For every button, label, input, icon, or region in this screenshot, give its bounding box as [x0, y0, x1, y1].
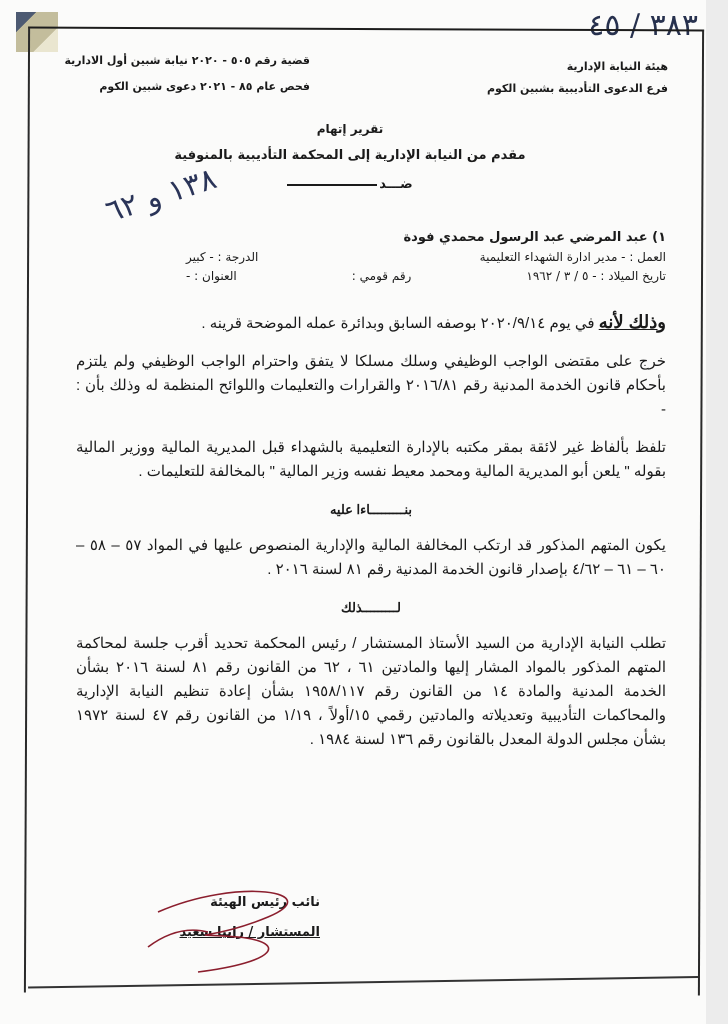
issuing-authority-header: هيئة النيابة الإدارية فرع الدعوى التأديب…: [487, 56, 668, 100]
section-heading-therefore: بنـــــــــاءا عليه: [76, 498, 666, 522]
against-underline: [287, 184, 377, 186]
incident-paragraph: تلفظ بألفاظ غير لائقة بمقر مكتبه بالإدار…: [76, 436, 666, 484]
accused-birthdate: تاريخ الميلاد : - ٥ / ٣ / ١٩٦٢: [526, 267, 666, 286]
scan-margin: [706, 0, 728, 1024]
accused-address: العنوان : -: [186, 267, 237, 286]
accused-name: ١) عبد المرضي عبد الرسول محمدي فودة: [186, 228, 666, 248]
document-subtitle: مقدم من النيابة الإدارية إلى المحكمة الت…: [140, 148, 560, 163]
signatory-name: المستشار / رانيا سعيد: [140, 918, 320, 948]
scanned-page: ٣٨٣ / ٤٥ هيئة النيابة الإدارية فرع الدعو…: [0, 0, 728, 1024]
lead-paragraph: وذلك لأنه في يوم ٢٠٢٠/٩/١٤ بوصفه السابق …: [76, 310, 666, 336]
authority-branch: فرع الدعوى التأديبية بشبين الكوم: [487, 78, 668, 100]
case-number: قضية رقم ٥٠٥ - ٢٠٢٠ نيابة شبين أول الادا…: [50, 48, 310, 74]
signature-block: نائب رئيس الهيئة المستشار / رانيا سعيد: [140, 888, 320, 948]
document-title: تقرير إتهام: [140, 122, 560, 136]
inspection-number: فحص عام ٨٥ - ٢٠٢١ دعوى شبين الكوم: [50, 74, 310, 100]
accused-work: العمل : - مدير ادارة الشهداء التعليمية: [480, 248, 666, 267]
accused-row-work: العمل : - مدير ادارة الشهداء التعليمية ا…: [186, 248, 666, 267]
signatory-title: نائب رئيس الهيئة: [140, 888, 320, 918]
case-reference-header: قضية رقم ٥٠٥ - ٢٠٢٠ نيابة شبين أول الادا…: [50, 48, 310, 100]
section-heading-text: بنـــــــــاءا عليه: [330, 502, 412, 517]
against-label: ضـــد: [379, 177, 412, 192]
request-paragraph: تطلب النيابة الإدارية من السيد الأستاذ ا…: [76, 632, 666, 752]
accused-grade: الدرجة : - كبير: [186, 248, 258, 267]
accused-national-id: رقم قومي :: [352, 267, 412, 286]
violation-paragraph: خرج على مقتضى الواجب الوظيفي وسلك مسلكا …: [76, 350, 666, 422]
section-heading-text: لـــــــــذلك: [341, 600, 401, 615]
lead-phrase: وذلك لأنه: [599, 312, 666, 332]
lead-text: في يوم ٢٠٢٠/٩/١٤ بوصفه السابق وبدائرة عم…: [201, 315, 598, 332]
charges-paragraph: يكون المتهم المذكور قد ارتكب المخالفة ال…: [76, 534, 666, 582]
accused-row-birth: تاريخ الميلاد : - ٥ / ٣ / ١٩٦٢ رقم قومي …: [186, 267, 666, 286]
section-heading-accordingly: لـــــــــذلك: [76, 596, 666, 620]
authority-name: هيئة النيابة الإدارية: [487, 56, 668, 78]
indictment-body: وذلك لأنه في يوم ٢٠٢٠/٩/١٤ بوصفه السابق …: [76, 310, 666, 766]
accused-details: ١) عبد المرضي عبد الرسول محمدي فودة العم…: [186, 228, 666, 286]
